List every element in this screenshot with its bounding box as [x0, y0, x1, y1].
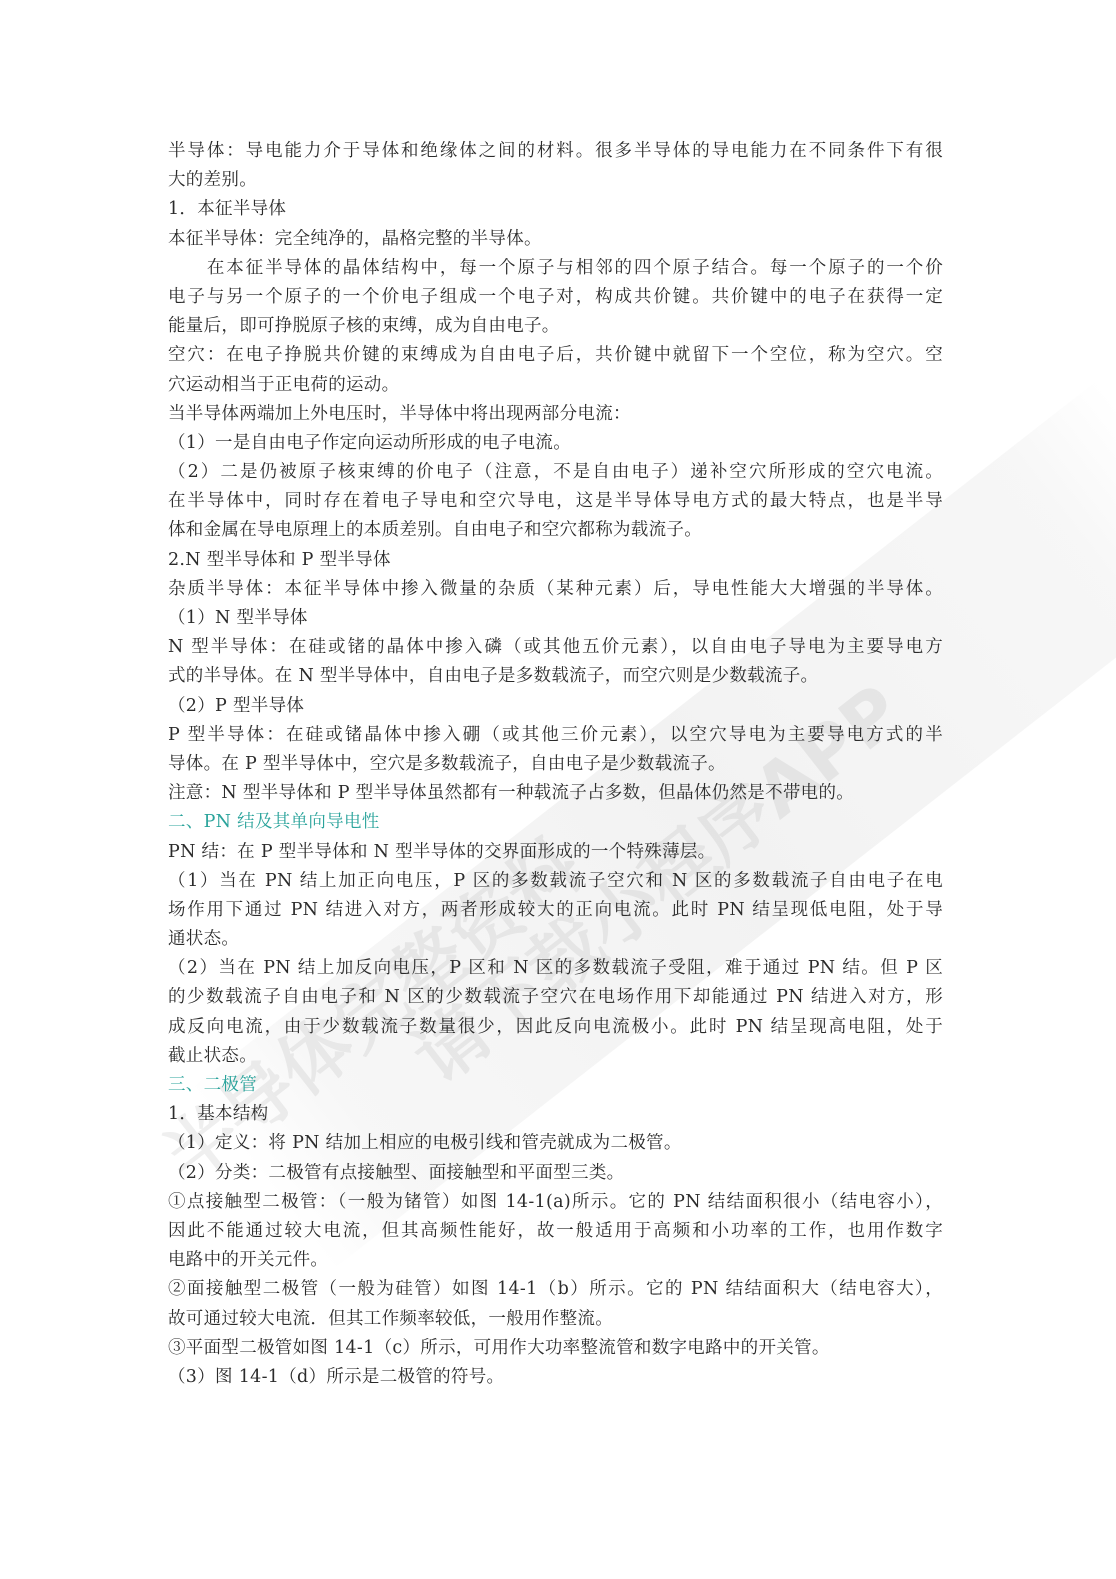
document-body: 半导体：导电能力介于导体和绝缘体之间的材料。很多半导体的导电能力在不同条件下有很… [168, 137, 943, 1392]
text-line: 本征半导体：完全纯净的，晶格完整的半导体。 [168, 225, 943, 254]
subheading: 1．基本结构 [168, 1100, 943, 1129]
text-line: ①点接触型二极管：（一般为锗管）如图 14-1(a)所示。它的 PN 结结面积很… [168, 1188, 943, 1217]
section-heading: 二、PN 结及其单向导电性 [168, 808, 943, 837]
text-line: 式的半导体。在 N 型半导体中，自由电子是多数载流子，而空穴则是少数载流子。 [168, 662, 943, 691]
text-line: （2）二是仍被原子核束缚的价电子（注意，不是自由电子）递补空穴所形成的空穴电流。 [168, 458, 943, 487]
text-line: 截止状态。 [168, 1042, 943, 1071]
text-line: （2）分类：二极管有点接触型、面接触型和平面型三类。 [168, 1159, 943, 1188]
text-line: 故可通过较大电流．但其工作频率较低，一般用作整流。 [168, 1305, 943, 1334]
text-line: 电路中的开关元件。 [168, 1246, 943, 1275]
subheading: 2.N 型半导体和 P 型半导体 [168, 546, 943, 575]
text-line: 导体。在 P 型半导体中，空穴是多数载流子，自由电子是少数载流子。 [168, 750, 943, 779]
text-line: 能量后，即可挣脱原子核的束缚，成为自由电子。 [168, 312, 943, 341]
text-line: 注意：N 型半导体和 P 型半导体虽然都有一种载流子占多数，但晶体仍然是不带电的… [168, 779, 943, 808]
text-line: 在本征半导体的晶体结构中，每一个原子与相邻的四个原子结合。每一个原子的一个价 [168, 254, 943, 283]
text-line: 杂质半导体：本征半导体中掺入微量的杂质（某种元素）后，导电性能大大增强的半导体。 [168, 575, 943, 604]
text-line: （3）图 14-1（d）所示是二极管的符号。 [168, 1363, 943, 1392]
text-line: 因此不能通过较大电流，但其高频性能好，故一般适用于高频和小功率的工作，也用作数字 [168, 1217, 943, 1246]
text-line: 通状态。 [168, 925, 943, 954]
text-line: 成反向电流，由于少数载流子数量很少，因此反向电流极小。此时 PN 结呈现高电阻，… [168, 1013, 943, 1042]
subheading: （2）P 型半导体 [168, 692, 943, 721]
text-line: PN 结：在 P 型半导体和 N 型半导体的交界面形成的一个特殊薄层。 [168, 838, 943, 867]
text-line: N 型半导体：在硅或锗的晶体中掺入磷（或其他五价元素），以自由电子导电为主要导电… [168, 633, 943, 662]
text-line: 场作用下通过 PN 结进入对方，两者形成较大的正向电流。此时 PN 结呈现低电阻… [168, 896, 943, 925]
text-line: 体和金属在导电原理上的本质差别。自由电子和空穴都称为载流子。 [168, 516, 943, 545]
section-heading: 三、二极管 [168, 1071, 943, 1100]
text-line: ③平面型二极管如图 14-1（c）所示，可用作大功率整流管和数字电路中的开关管。 [168, 1334, 943, 1363]
text-line: 在半导体中，同时存在着电子导电和空穴导电，这是半导体导电方式的最大特点，也是半导 [168, 487, 943, 516]
text-line: （2）当在 PN 结上加反向电压，P 区和 N 区的多数载流子受阻，难于通过 P… [168, 954, 943, 983]
text-line: 半导体：导电能力介于导体和绝缘体之间的材料。很多半导体的导电能力在不同条件下有很 [168, 137, 943, 166]
text-line: 电子与另一个原子的一个价电子组成一个电子对，构成共价键。共价键中的电子在获得一定 [168, 283, 943, 312]
text-line: 穴运动相当于正电荷的运动。 [168, 371, 943, 400]
subheading: 1．本征半导体 [168, 195, 943, 224]
text-line: ②面接触型二极管（一般为硅管）如图 14-1（b）所示。它的 PN 结结面积大（… [168, 1275, 943, 1304]
document-page: 半导体：导电能力介于导体和绝缘体之间的材料。很多半导体的导电能力在不同条件下有很… [168, 137, 943, 1392]
text-line: 的少数载流子自由电子和 N 区的少数载流子空穴在电场作用下却能通过 PN 结进入… [168, 983, 943, 1012]
text-line: （1）定义：将 PN 结加上相应的电极引线和管壳就成为二极管。 [168, 1129, 943, 1158]
text-line: P 型半导体：在硅或锗晶体中掺入硼（或其他三价元素），以空穴导电为主要导电方式的… [168, 721, 943, 750]
subheading: （1）N 型半导体 [168, 604, 943, 633]
text-line: （1）当在 PN 结上加正向电压，P 区的多数载流子空穴和 N 区的多数载流子自… [168, 867, 943, 896]
text-line: 当半导体两端加上外电压时，半导体中将出现两部分电流： [168, 400, 943, 429]
text-line: 大的差别。 [168, 166, 943, 195]
text-line: （1）一是自由电子作定向运动所形成的电子电流。 [168, 429, 943, 458]
text-line: 空穴：在电子挣脱共价键的束缚成为自由电子后，共价键中就留下一个空位，称为空穴。空 [168, 341, 943, 370]
